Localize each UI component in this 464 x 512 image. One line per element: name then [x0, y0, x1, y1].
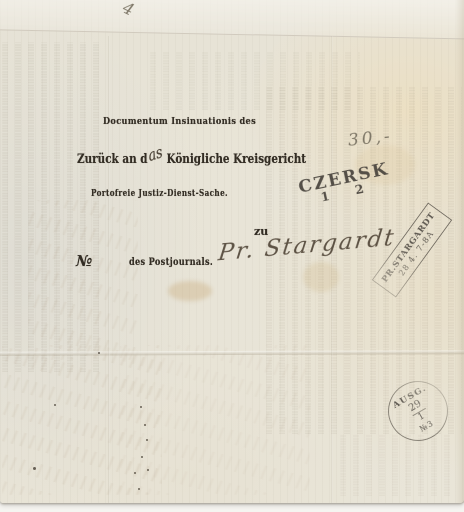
paper-stain — [168, 281, 212, 301]
bleedthrough-script-bottom-left — [2, 345, 162, 495]
ink-speck — [138, 488, 140, 490]
numero-sign: № — [76, 252, 92, 270]
bleedthrough-text-top — [150, 52, 360, 110]
letter-paper: 4 30,- Documentum Insinuationis des Zurü… — [0, 0, 464, 503]
fold-crease-vertical-left — [108, 36, 110, 503]
line-portofrei: Portofreie Justiz-Dienst-Sache. — [91, 188, 228, 199]
ink-speck — [98, 352, 100, 354]
ink-speck — [144, 424, 146, 426]
ink-speck — [146, 439, 148, 441]
czersk-postmark: CZERSK 1 2 — [297, 160, 388, 208]
zurueck-prefix: Zurück an d — [77, 152, 148, 167]
line-postjournal: des Postjournals. — [129, 256, 213, 268]
circular-date-stamp: AUSG. 29 1 №3 — [377, 370, 459, 452]
ink-speck — [33, 467, 36, 470]
line-zurueck: Zurück an dasKönigliche Kreisgericht — [77, 148, 306, 167]
paper-stain — [303, 262, 339, 292]
ink-speck — [141, 456, 143, 458]
ink-speck — [147, 469, 149, 471]
fold-crease-middle — [0, 350, 464, 356]
ink-speck — [140, 406, 142, 408]
fold-crease-top — [0, 0, 464, 40]
ink-speck — [134, 472, 136, 474]
bleedthrough-text-bottom-right — [340, 434, 452, 496]
handwritten-das: as — [147, 142, 164, 165]
zurueck-suffix: Königliche Kreisgericht — [167, 152, 307, 167]
handwritten-destination: Pr. Stargardt — [217, 225, 397, 267]
bleedthrough-text-left — [2, 42, 106, 372]
paper-edge-shadow — [455, 0, 464, 503]
bleedthrough-script-left — [28, 200, 138, 360]
line-documentum: Documentum Insinuationis des — [103, 116, 256, 127]
bleedthrough-script-bottom-mid — [120, 345, 310, 495]
ink-speck — [54, 404, 56, 406]
